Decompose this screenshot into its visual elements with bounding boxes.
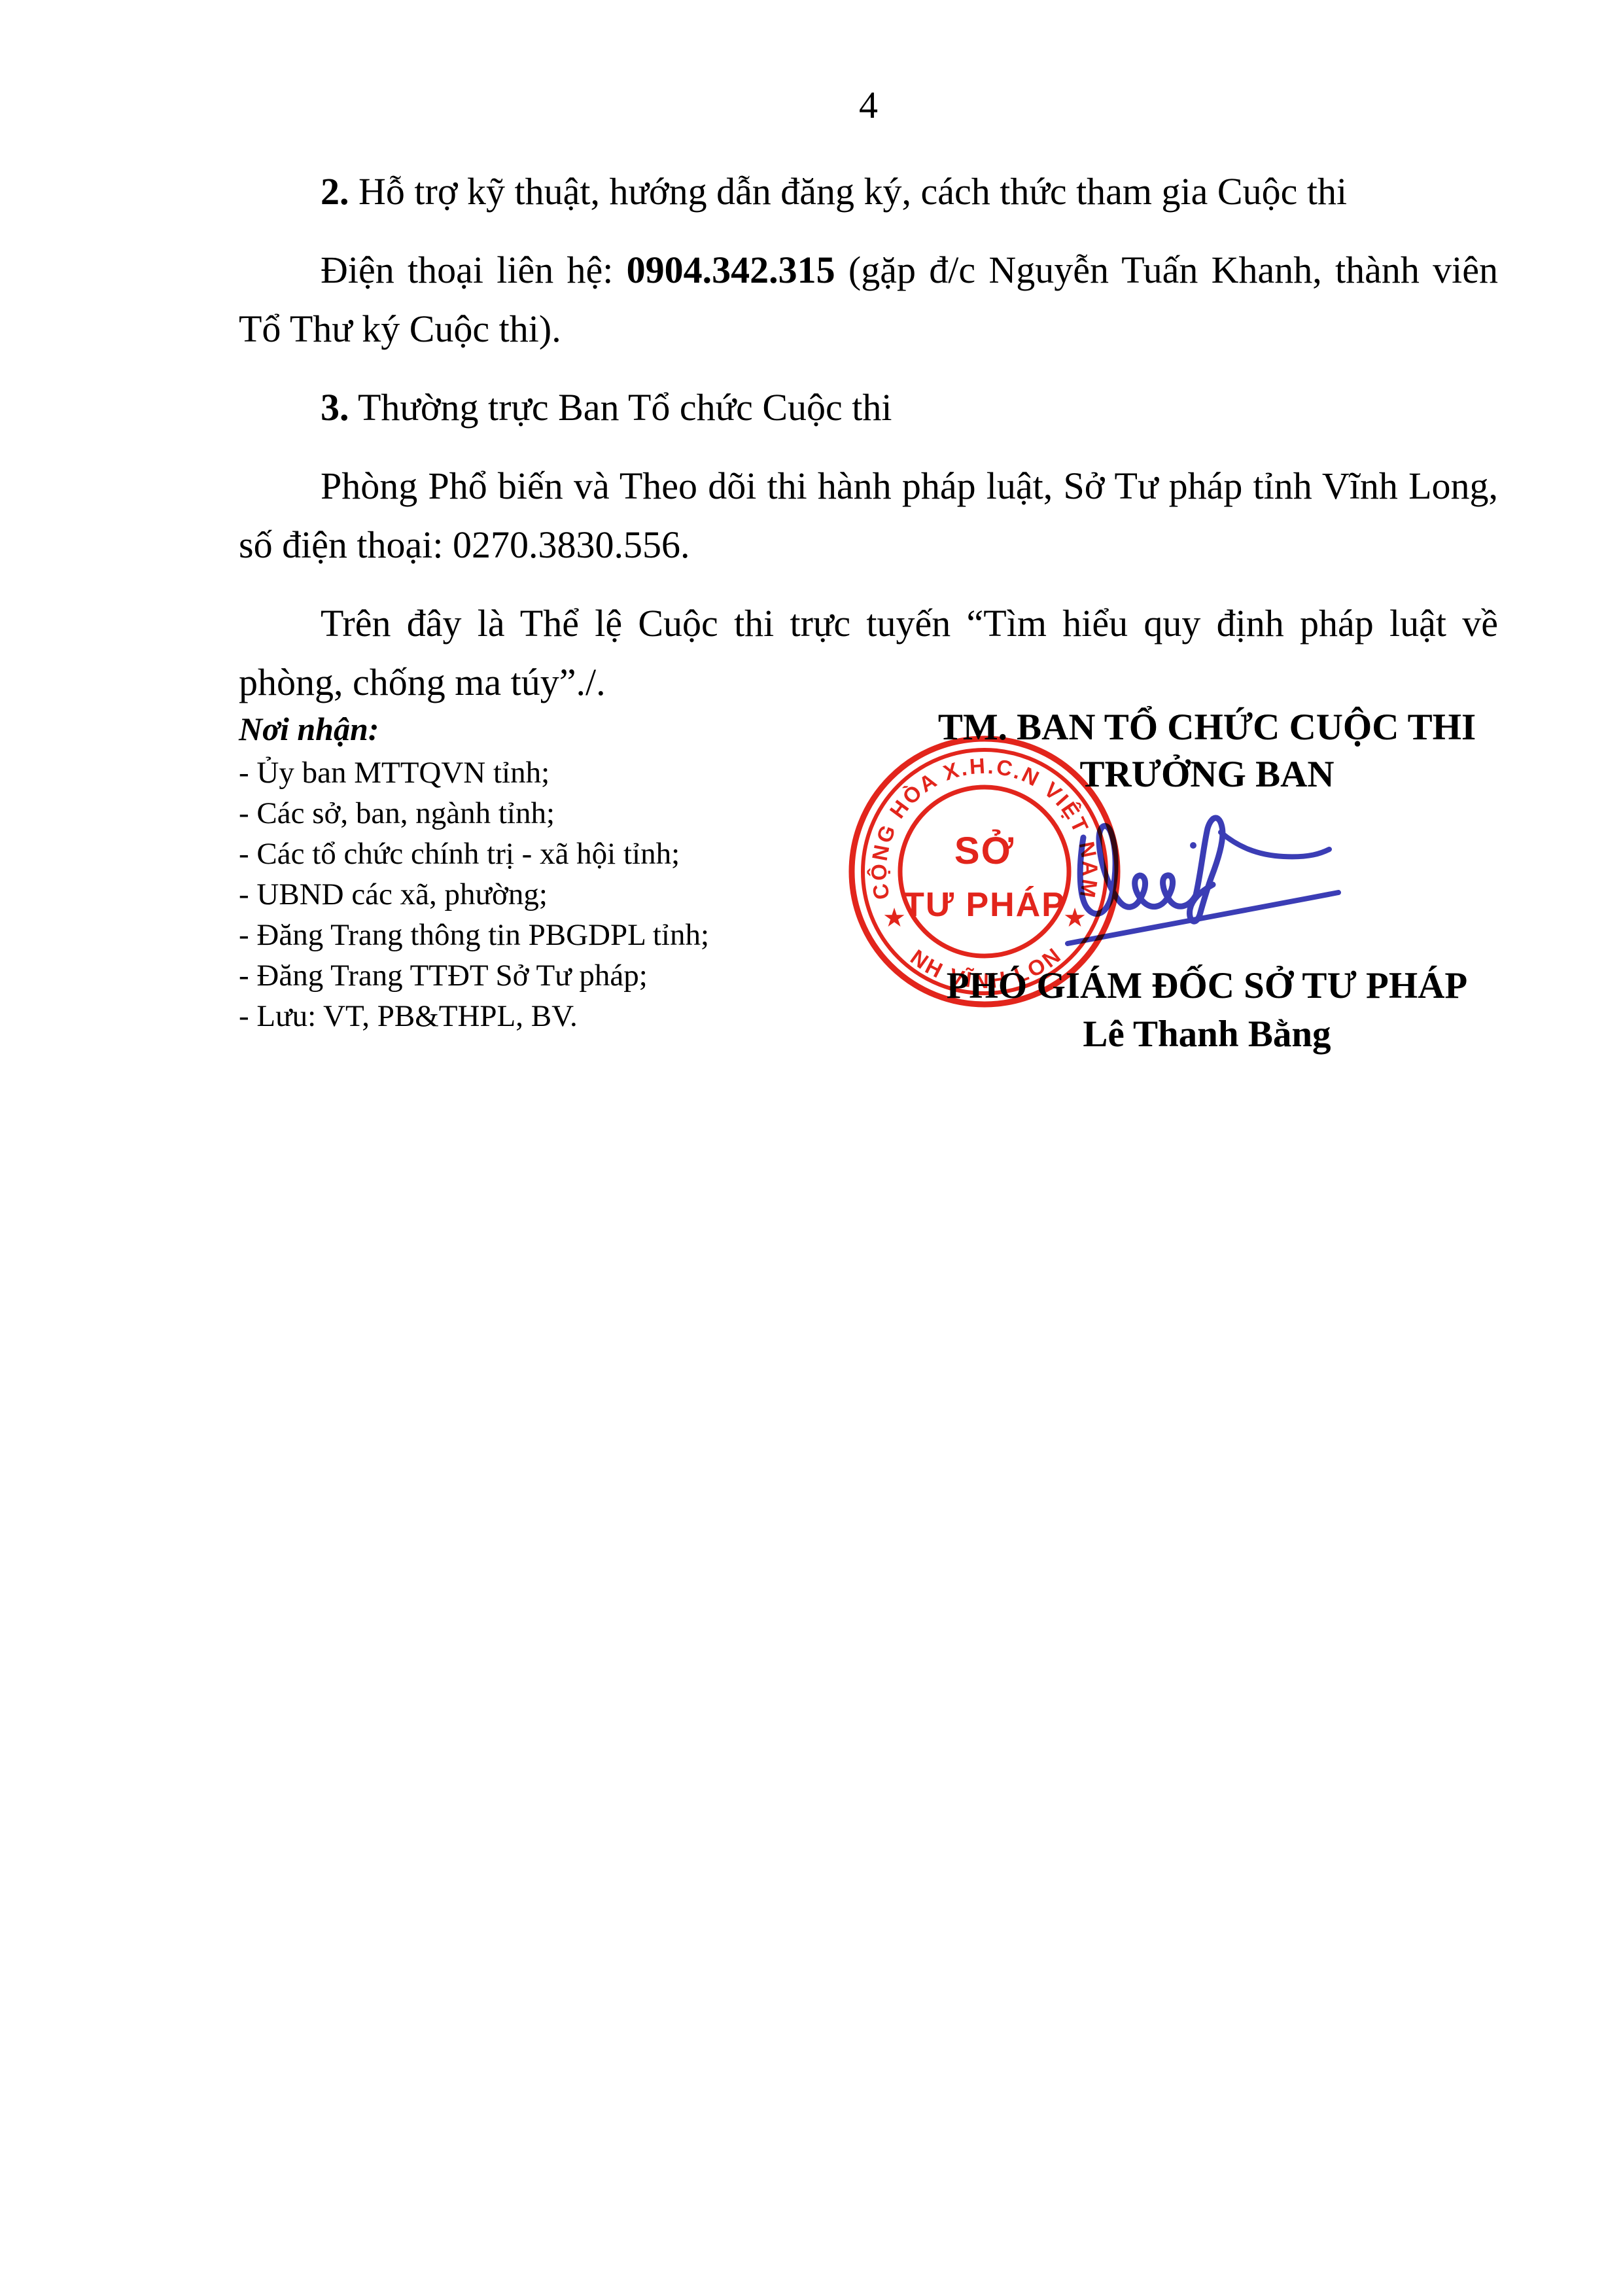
section-2: 2. Hỗ trợ kỹ thuật, hướng dẫn đăng ký, c… bbox=[239, 162, 1498, 221]
contact-phone: 0904.342.315 bbox=[627, 249, 835, 291]
section-2-title: Hỗ trợ kỹ thuật, hướng dẫn đăng ký, cách… bbox=[349, 170, 1348, 213]
recipient-item: - Các tổ chức chính trị - xã hội tỉnh; bbox=[239, 834, 880, 874]
recipient-item: - Ủy ban MTTQVN tỉnh; bbox=[239, 752, 880, 793]
contact-person: (gặp đ/c Nguyễn Tuấn Khanh, thành viên bbox=[835, 249, 1498, 291]
document-body: 2. Hỗ trợ kỹ thuật, hướng dẫn đăng ký, c… bbox=[239, 162, 1498, 732]
closing-line-1: Trên đây là Thể lệ Cuộc thi trực tuyến “… bbox=[239, 594, 1498, 653]
contact-line-1: Điện thoại liên hệ: 0904.342.315 (gặp đ/… bbox=[239, 241, 1498, 300]
signature-dot-icon bbox=[1190, 842, 1196, 849]
stamp-center-line-1: SỞ bbox=[954, 830, 1015, 872]
contact-line-2: Tổ Thư ký Cuộc thi). bbox=[239, 300, 1498, 359]
recipient-item: - Đăng Trang thông tin PBGDPL tỉnh; bbox=[239, 915, 880, 955]
office-paragraph: Phòng Phổ biến và Theo dõi thi hành pháp… bbox=[239, 457, 1498, 574]
contact-paragraph: Điện thoại liên hệ: 0904.342.315 (gặp đ/… bbox=[239, 241, 1498, 359]
closing-line-2: phòng, chống ma túy”./. bbox=[239, 653, 1498, 712]
office-line-1: Phòng Phổ biến và Theo dõi thi hành pháp… bbox=[239, 457, 1498, 516]
recipients-label: Nơi nhận: bbox=[239, 708, 880, 750]
page-number: 4 bbox=[239, 76, 1498, 135]
recipient-item: - Lưu: VT, PB&THPL, BV. bbox=[239, 996, 880, 1036]
closing-paragraph: Trên đây là Thể lệ Cuộc thi trực tuyến “… bbox=[239, 594, 1498, 712]
section-3-number: 3. bbox=[321, 386, 349, 429]
recipient-item: - UBND các xã, phường; bbox=[239, 874, 880, 915]
section-3-heading: 3. Thường trực Ban Tổ chức Cuộc thi bbox=[239, 378, 1498, 437]
handwritten-signature bbox=[1047, 772, 1387, 995]
recipient-item: - Các sở, ban, ngành tỉnh; bbox=[239, 793, 880, 834]
stamp-star-left-icon: ★ bbox=[882, 904, 906, 932]
office-line-2: số điện thoại: 0270.3830.556. bbox=[239, 516, 1498, 574]
recipient-item: - Đăng Trang TTĐT Sở Tư pháp; bbox=[239, 955, 880, 996]
contact-text: Điện thoại liên hệ: bbox=[321, 249, 627, 291]
signer-name: Lê Thanh Bằng bbox=[913, 1010, 1501, 1059]
signature-flourish-stroke bbox=[1221, 832, 1329, 857]
stamp-center-line-2: TƯ PHÁP bbox=[903, 886, 1066, 924]
recipients-block: Nơi nhận: - Ủy ban MTTQVN tỉnh; - Các sở… bbox=[239, 708, 880, 1036]
signature-main-stroke bbox=[1080, 818, 1223, 921]
section-2-number: 2. bbox=[321, 170, 349, 213]
section-3-title: Thường trực Ban Tổ chức Cuộc thi bbox=[349, 386, 892, 429]
document-page: 4 2. Hỗ trợ kỹ thuật, hướng dẫn đăng ký,… bbox=[0, 0, 1623, 2296]
section-2-heading: 2. Hỗ trợ kỹ thuật, hướng dẫn đăng ký, c… bbox=[239, 162, 1498, 221]
section-3: 3. Thường trực Ban Tổ chức Cuộc thi bbox=[239, 378, 1498, 437]
